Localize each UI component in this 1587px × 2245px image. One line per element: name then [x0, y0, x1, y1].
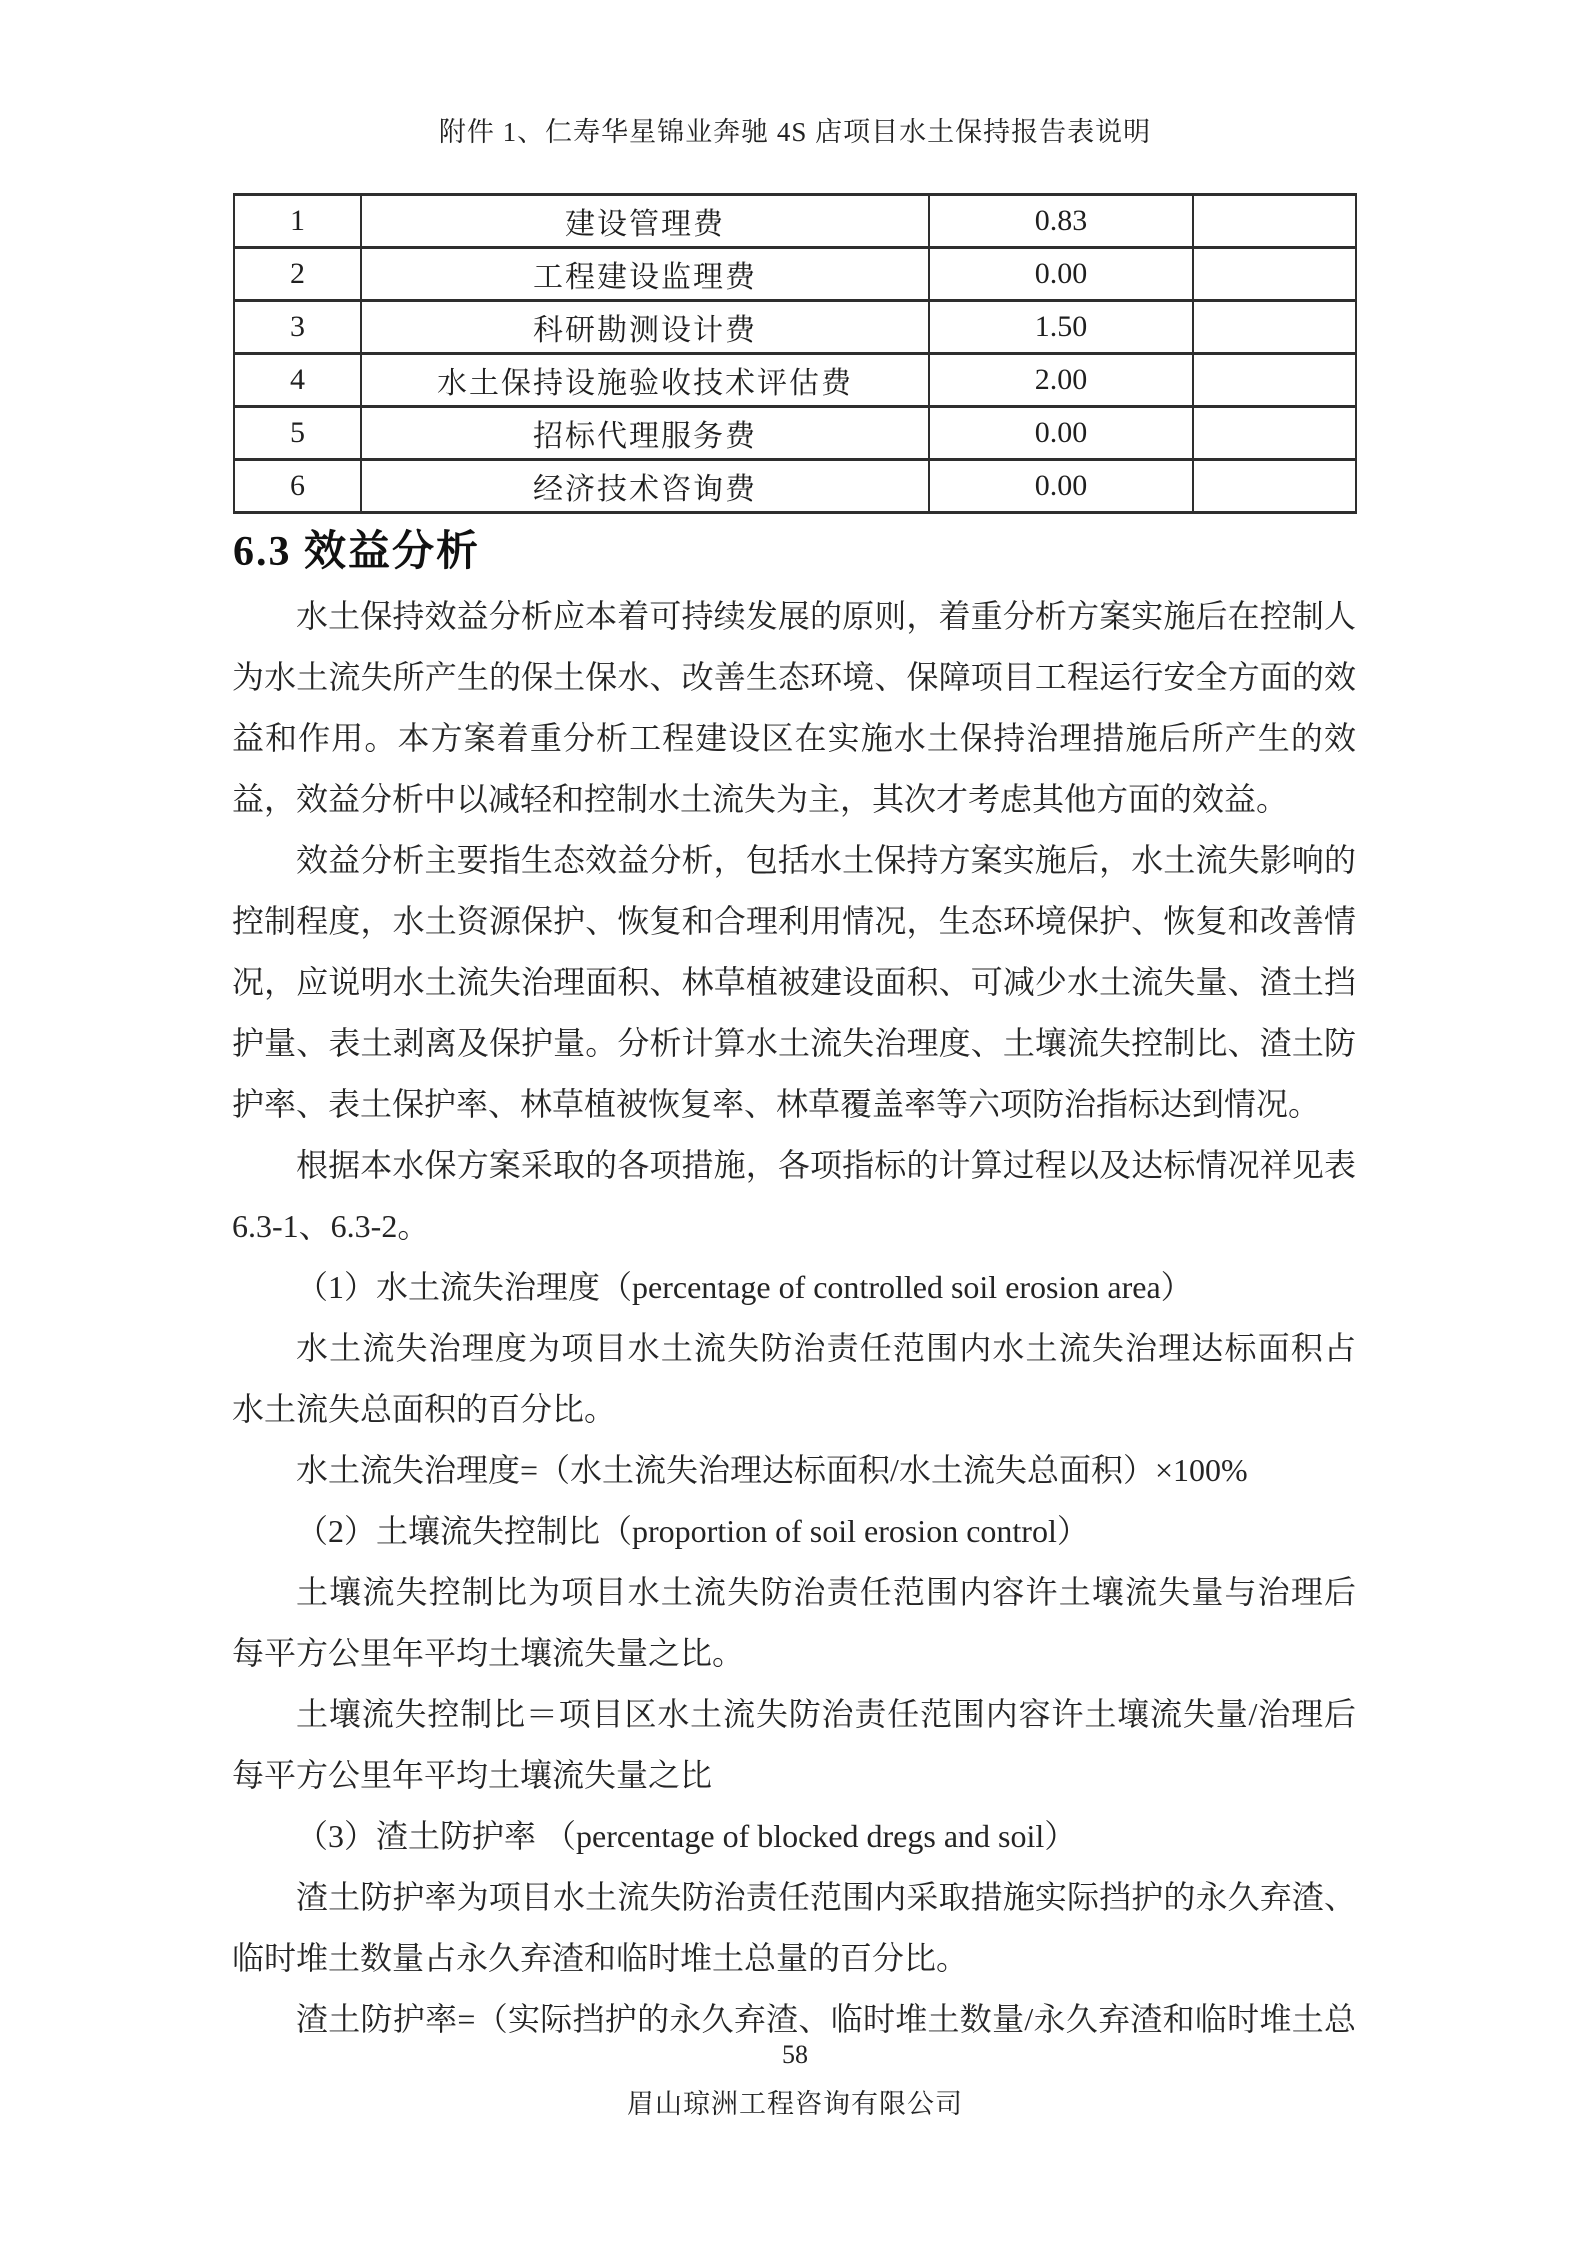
- paragraph-line: （3）渣土防护率 （percentage of blocked dregs an…: [232, 1806, 1356, 1867]
- fee-value-cell: 2.00: [929, 354, 1193, 407]
- paragraph-line: 土壤流失控制比＝项目区水土流失防治责任范围内容许土壤流失量/治理后: [232, 1684, 1356, 1745]
- fee-value-cell: 0.00: [929, 460, 1193, 513]
- fee-value-cell: 1.50: [929, 301, 1193, 354]
- paragraph: 水土流失治理度=（水土流失治理达标面积/水土流失总面积）×100%: [232, 1440, 1356, 1501]
- paragraph: （3）渣土防护率 （percentage of blocked dregs an…: [232, 1806, 1356, 1867]
- section-body: 水土保持效益分析应本着可持续发展的原则，着重分析方案实施后在控制人为水土流失所产…: [232, 586, 1356, 2050]
- fee-note-cell: [1193, 407, 1356, 460]
- fee-item-cell: 经济技术咨询费: [361, 460, 929, 513]
- paragraph-line: （2）土壤流失控制比（proportion of soil erosion co…: [232, 1501, 1356, 1562]
- table-row: 6经济技术咨询费0.00: [234, 460, 1356, 513]
- fee-item-cell: 建设管理费: [361, 195, 929, 248]
- footer-company-name: 眉山琼洲工程咨询有限公司: [233, 2082, 1357, 2121]
- paragraph-line: 水土流失治理度=（水土流失治理达标面积/水土流失总面积）×100%: [232, 1440, 1356, 1501]
- row-number-cell: 3: [234, 301, 361, 354]
- paragraph: 水土流失治理度为项目水土流失防治责任范围内水土流失治理达标面积占水土流失总面积的…: [232, 1318, 1356, 1440]
- row-number-cell: 2: [234, 248, 361, 301]
- fee-note-cell: [1193, 248, 1356, 301]
- paragraph-line: 为水土流失所产生的保土保水、改善生态环境、保障项目工程运行安全方面的效: [232, 647, 1356, 708]
- fee-item-cell: 科研勘测设计费: [361, 301, 929, 354]
- table-row: 1建设管理费0.83: [234, 195, 1356, 248]
- paragraph-line: 护量、表土剥离及保护量。分析计算水土流失治理度、土壤流失控制比、渣土防: [232, 1013, 1356, 1074]
- fee-note-cell: [1193, 301, 1356, 354]
- paragraph-line: （1）水土流失治理度（percentage of controlled soil…: [232, 1257, 1356, 1318]
- table-row: 5招标代理服务费0.00: [234, 407, 1356, 460]
- row-number-cell: 6: [234, 460, 361, 513]
- paragraph-line: 土壤流失控制比为项目水土流失防治责任范围内容许土壤流失量与治理后: [232, 1562, 1356, 1623]
- paragraph-line: 水土流失总面积的百分比。: [232, 1379, 1356, 1440]
- fee-item-cell: 水土保持设施验收技术评估费: [361, 354, 929, 407]
- paragraph-line: 护率、表土保护率、林草植被恢复率、林草覆盖率等六项防治指标达到情况。: [232, 1074, 1356, 1135]
- fee-table-body: 1建设管理费0.832工程建设监理费0.003科研勘测设计费1.504水土保持设…: [234, 195, 1356, 513]
- fee-value-cell: 0.00: [929, 407, 1193, 460]
- row-number-cell: 4: [234, 354, 361, 407]
- paragraph-line: 渣土防护率为项目水土流失防治责任范围内采取措施实际挡护的永久弃渣、: [232, 1867, 1356, 1928]
- paragraph-line: 根据本水保方案采取的各项措施，各项指标的计算过程以及达标情况祥见表: [232, 1135, 1356, 1196]
- table-row: 4水土保持设施验收技术评估费2.00: [234, 354, 1356, 407]
- fee-item-cell: 招标代理服务费: [361, 407, 929, 460]
- fee-item-cell: 工程建设监理费: [361, 248, 929, 301]
- table-row: 3科研勘测设计费1.50: [234, 301, 1356, 354]
- paragraph-line: 每平方公里年平均土壤流失量之比: [232, 1745, 1356, 1806]
- paragraph-line: 临时堆土数量占永久弃渣和临时堆土总量的百分比。: [232, 1928, 1356, 1989]
- fee-note-cell: [1193, 460, 1356, 513]
- paragraph-line: 水土流失治理度为项目水土流失防治责任范围内水土流失治理达标面积占: [232, 1318, 1356, 1379]
- row-number-cell: 5: [234, 407, 361, 460]
- page-number: 58: [233, 2040, 1357, 2070]
- table-row: 2工程建设监理费0.00: [234, 248, 1356, 301]
- paragraph: 根据本水保方案采取的各项措施，各项指标的计算过程以及达标情况祥见表6.3-1、6…: [232, 1135, 1356, 1257]
- paragraph-line: 每平方公里年平均土壤流失量之比。: [232, 1623, 1356, 1684]
- paragraph-line: 水土保持效益分析应本着可持续发展的原则，着重分析方案实施后在控制人: [232, 586, 1356, 647]
- paragraph-line: 益和作用。本方案着重分析工程建设区在实施水土保持治理措施后所产生的效: [232, 708, 1356, 769]
- fee-table: 1建设管理费0.832工程建设监理费0.003科研勘测设计费1.504水土保持设…: [233, 193, 1357, 514]
- paragraph: 渣土防护率为项目水土流失防治责任范围内采取措施实际挡护的永久弃渣、临时堆土数量占…: [232, 1867, 1356, 1989]
- paragraph-line: 控制程度，水土资源保护、恢复和合理利用情况，生态环境保护、恢复和改善情: [232, 891, 1356, 952]
- fee-value-cell: 0.00: [929, 248, 1193, 301]
- paragraph: 效益分析主要指生态效益分析，包括水土保持方案实施后，水土流失影响的控制程度，水土…: [232, 830, 1356, 1135]
- paragraph-line: 6.3-1、6.3-2。: [232, 1196, 1356, 1257]
- row-number-cell: 1: [234, 195, 361, 248]
- paragraph: （1）水土流失治理度（percentage of controlled soil…: [232, 1257, 1356, 1318]
- fee-note-cell: [1193, 354, 1356, 407]
- document-page: 附件 1、仁寿华星锦业奔驰 4S 店项目水土保持报告表说明 1建设管理费0.83…: [0, 0, 1587, 2245]
- paragraph: 土壤流失控制比＝项目区水土流失防治责任范围内容许土壤流失量/治理后每平方公里年平…: [232, 1684, 1356, 1806]
- paragraph: （2）土壤流失控制比（proportion of soil erosion co…: [232, 1501, 1356, 1562]
- page-header-title: 附件 1、仁寿华星锦业奔驰 4S 店项目水土保持报告表说明: [233, 110, 1357, 149]
- section-heading: 6.3 效益分析: [233, 518, 480, 578]
- paragraph-line: 益，效益分析中以减轻和控制水土流失为主，其次才考虑其他方面的效益。: [232, 769, 1356, 830]
- paragraph: 水土保持效益分析应本着可持续发展的原则，着重分析方案实施后在控制人为水土流失所产…: [232, 586, 1356, 830]
- fee-value-cell: 0.83: [929, 195, 1193, 248]
- fee-note-cell: [1193, 195, 1356, 248]
- paragraph-line: 效益分析主要指生态效益分析，包括水土保持方案实施后，水土流失影响的: [232, 830, 1356, 891]
- paragraph: 土壤流失控制比为项目水土流失防治责任范围内容许土壤流失量与治理后每平方公里年平均…: [232, 1562, 1356, 1684]
- paragraph-line: 况，应说明水土流失治理面积、林草植被建设面积、可减少水土流失量、渣土挡: [232, 952, 1356, 1013]
